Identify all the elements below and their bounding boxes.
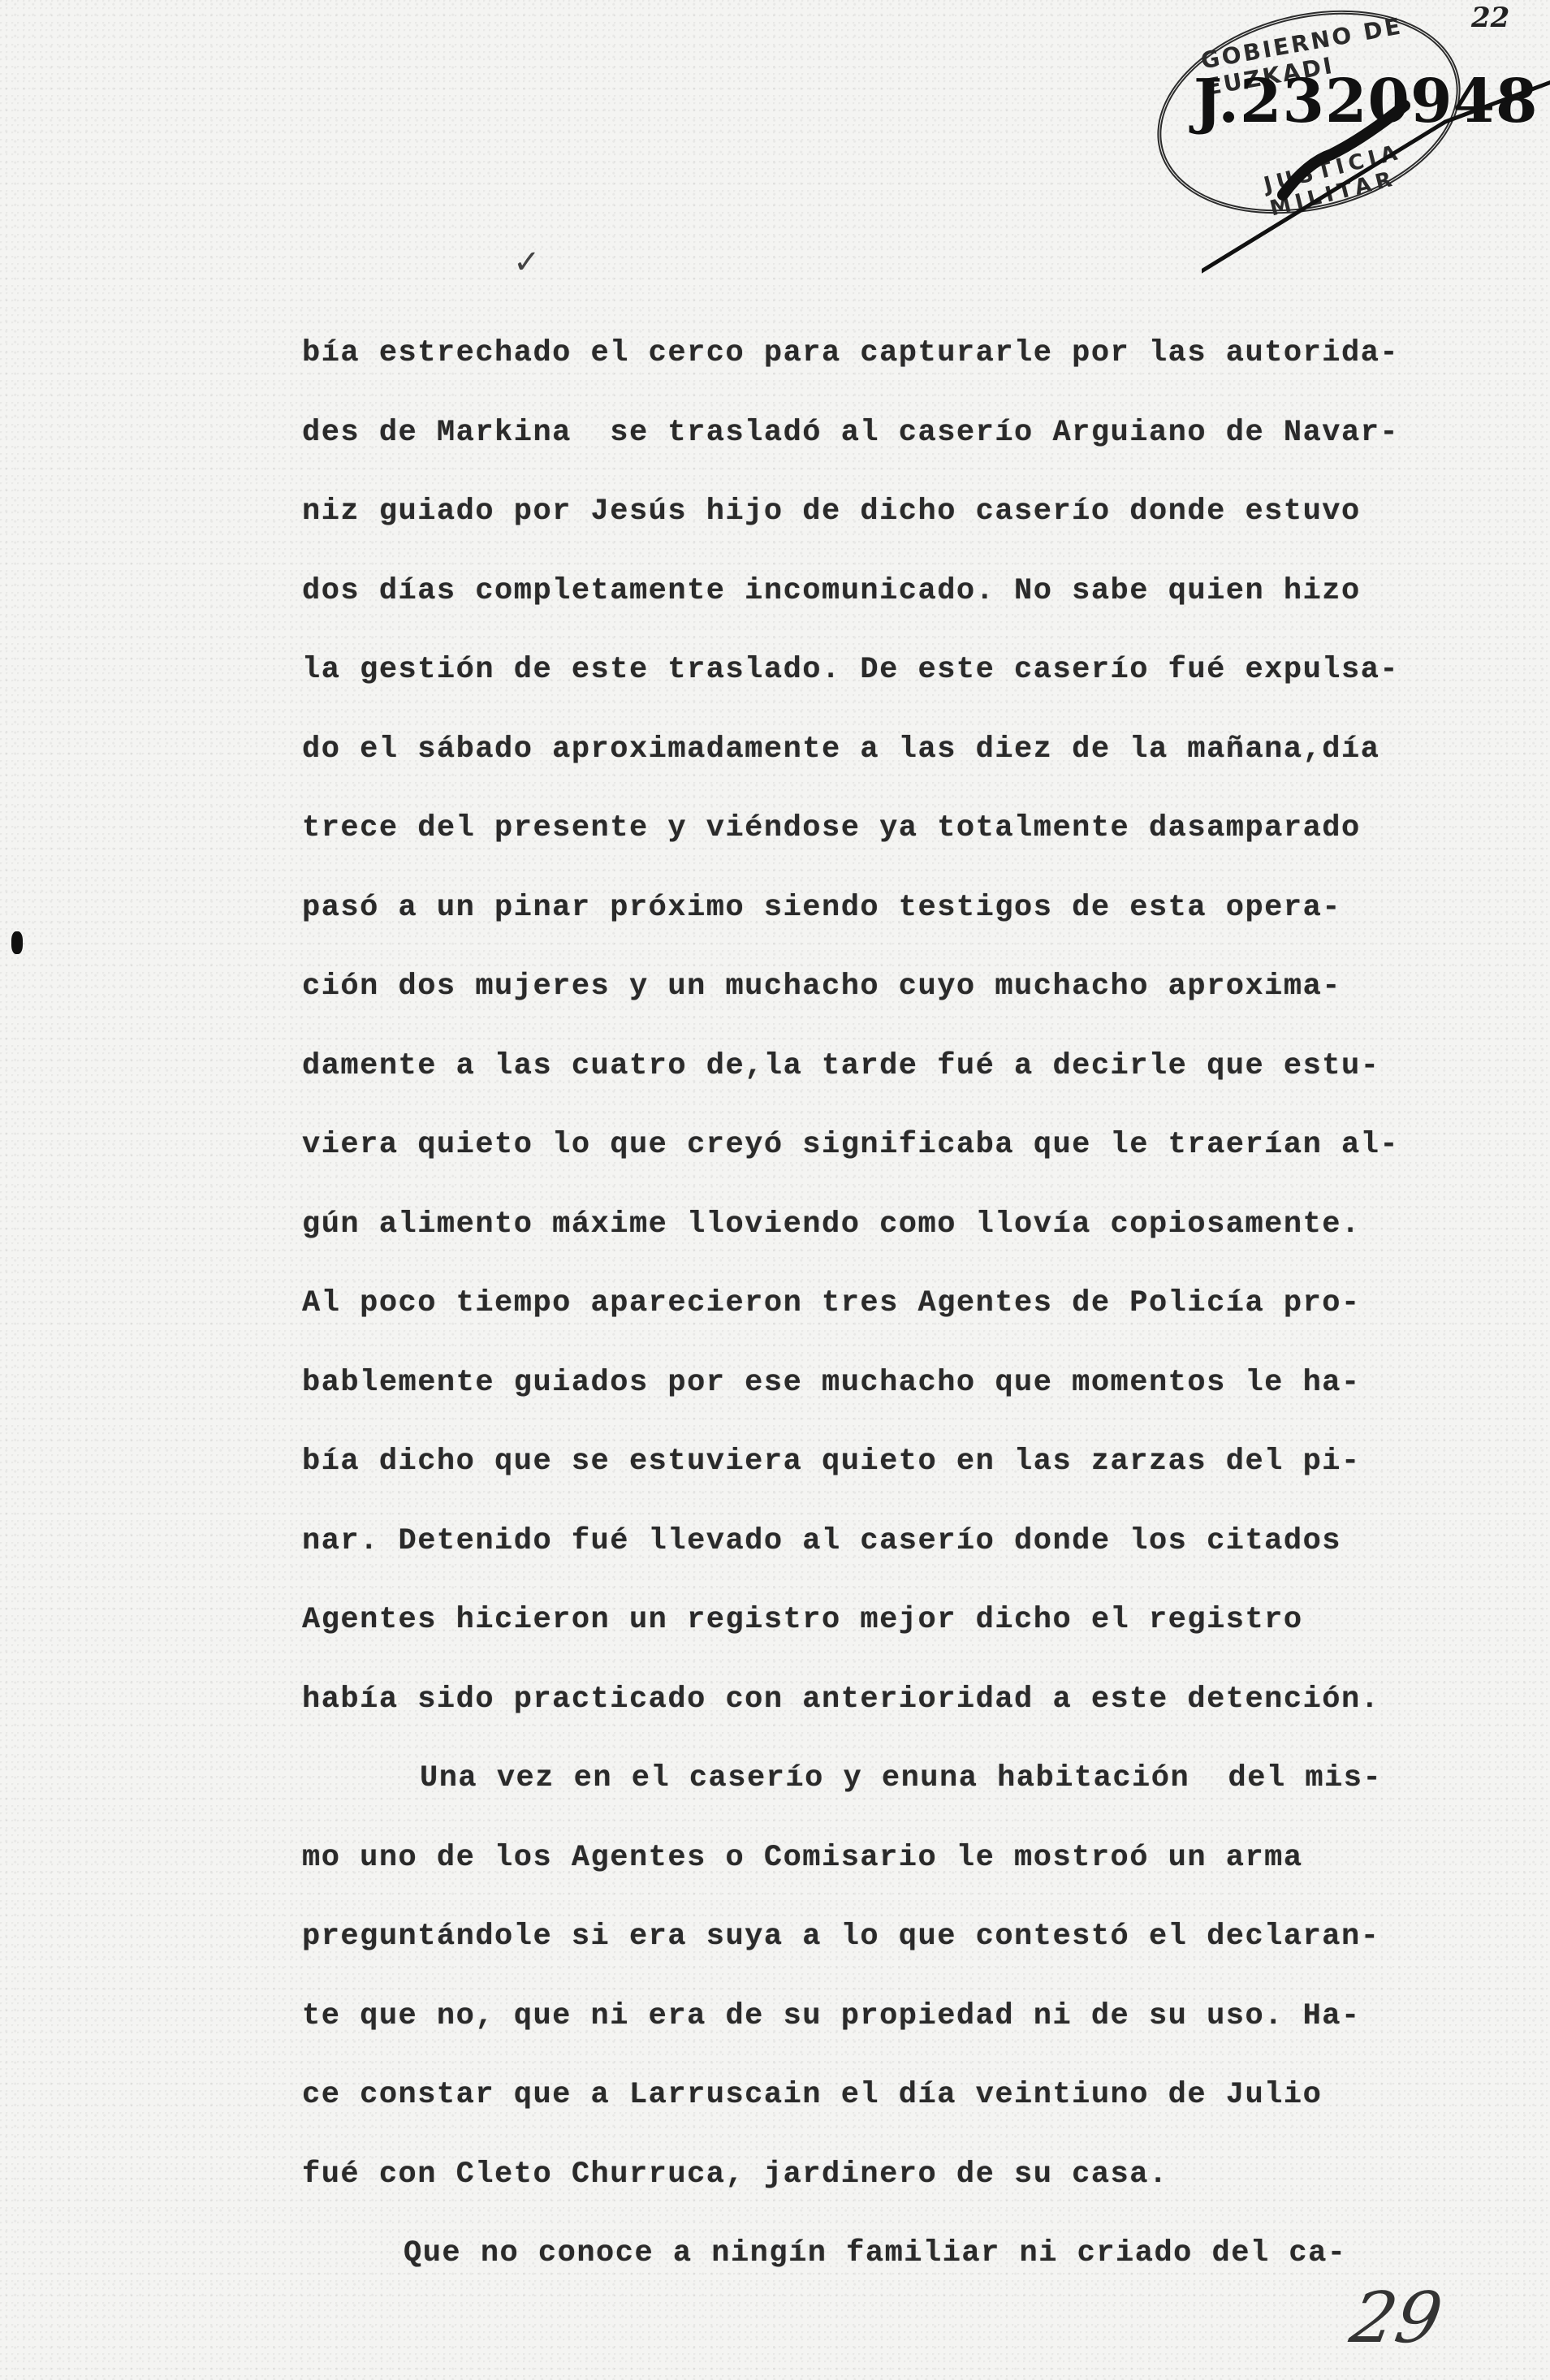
text-line: bablemente guiados por ese muchacho que … xyxy=(302,1358,1423,1438)
text-line: do el sábado aproximadamente a las diez … xyxy=(302,725,1423,805)
text-line: ce constar que a Larruscain el día veint… xyxy=(302,2071,1423,2150)
ink-blot xyxy=(11,931,23,954)
text-line: niz guiado por Jesús hijo de dicho caser… xyxy=(302,487,1423,567)
text-line: des de Markina se trasladó al caserío Ar… xyxy=(302,408,1423,488)
text-line: pasó a un pinar próximo siendo testigos … xyxy=(302,883,1423,963)
text-line: Agentes hicieron un registro mejor dicho… xyxy=(302,1596,1423,1675)
document-page: GOBIERNO DE EUZKADI JUSTICIA MILITAR J.2… xyxy=(0,0,1550,2380)
text-line: Al poco tiempo aparecieron tres Agentes … xyxy=(302,1279,1423,1358)
text-line: mo uno de los Agentes o Comisario le mos… xyxy=(302,1834,1423,1913)
corner-mark: 22 xyxy=(1471,2,1509,34)
text-line: trece del presente y viéndose ya totalme… xyxy=(302,804,1423,883)
typewritten-body: bía estrechado el cerco para capturarle … xyxy=(302,329,1423,2309)
stamp-bottom-text: JUSTICIA MILITAR xyxy=(1262,123,1479,221)
text-line: bía dicho que se estuviera quieto en las… xyxy=(302,1437,1423,1517)
stamp-number: J.2320948 xyxy=(1194,67,1538,136)
text-line: bía estrechado el cerco para capturarle … xyxy=(302,329,1423,408)
text-line: dos días completamente incomunicado. No … xyxy=(302,567,1423,646)
text-line: viera quieto lo que creyó significaba qu… xyxy=(302,1121,1423,1200)
paragraph-start-line: Que no conoce a ningín familiar ni criad… xyxy=(302,2229,1423,2309)
text-line: te que no, que ni era de su propiedad ni… xyxy=(302,1992,1423,2071)
text-line: preguntándole si era suya a lo que conte… xyxy=(302,1912,1423,1992)
check-mark-icon: ✓ xyxy=(513,244,541,281)
text-line: había sido practicado con anterioridad a… xyxy=(302,1675,1423,1755)
text-line: damente a las cuatro de,la tarde fué a d… xyxy=(302,1042,1423,1121)
text-line: la gestión de este traslado. De este cas… xyxy=(302,646,1423,725)
text-line: nar. Detenido fué llevado al caserío don… xyxy=(302,1517,1423,1596)
folio-number: 29 xyxy=(1345,2278,1448,2359)
text-line: ción dos mujeres y un muchacho cuyo much… xyxy=(302,962,1423,1042)
paragraph-start-line: Una vez en el caserío y enuna habitación… xyxy=(302,1754,1423,1834)
text-line: gún alimento máxime lloviendo como lloví… xyxy=(302,1200,1423,1280)
text-line: fué con Cleto Churruca, jardinero de su … xyxy=(302,2150,1423,2230)
